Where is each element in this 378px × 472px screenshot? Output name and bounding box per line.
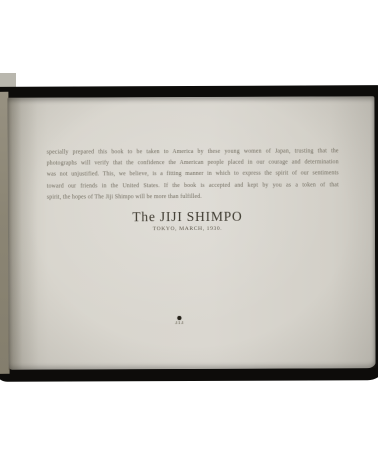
paragraph-line: spirit, the hopes of The Jiji Shimpo wil… bbox=[47, 191, 339, 203]
book-page: specially prepared this book to be taken… bbox=[7, 96, 375, 370]
dot-ornament-icon bbox=[177, 316, 181, 320]
imprint-title: The JIJI SHIMPO bbox=[8, 208, 367, 226]
paragraph-line: was not unjustified. This, we believe, i… bbox=[47, 169, 339, 181]
page-number: 313 bbox=[164, 321, 194, 326]
page-paragraph: specially prepared this book to be taken… bbox=[47, 146, 339, 203]
paragraph-line: toward our friends in the United States.… bbox=[47, 180, 339, 192]
book-cover: specially prepared this book to be taken… bbox=[0, 85, 378, 382]
book-photo: specially prepared this book to be taken… bbox=[0, 0, 378, 472]
page-folio: 313 bbox=[164, 316, 194, 326]
imprint-dateline: TOKYO, MARCH, 1930. bbox=[8, 225, 367, 233]
